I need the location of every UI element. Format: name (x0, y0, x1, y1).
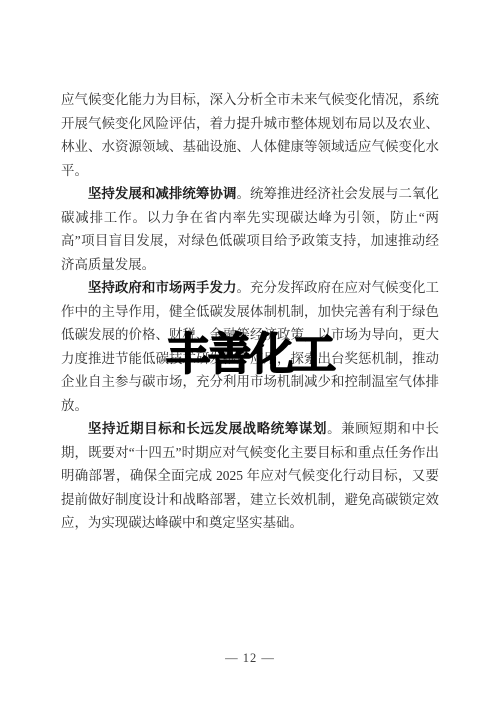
paragraph: 坚持近期目标和长远发展战略统筹谋划。兼顾短期和中长期，既要对“十四五”时期应对气… (61, 417, 439, 535)
document-page: 应气候变化能力为目标，深入分析全市未来气候变化情况，系统开展气候变化风险评估，着… (0, 0, 500, 707)
paragraph-lead: 坚持近期目标和长远发展战略统筹谋划 (88, 421, 327, 436)
paragraph: 应气候变化能力为目标，深入分析全市未来气候变化情况，系统开展气候变化风险评估，着… (61, 88, 439, 182)
page-number: — 12 — (0, 651, 500, 666)
paragraph-body: 应气候变化能力为目标，深入分析全市未来气候变化情况，系统开展气候变化风险评估，着… (61, 92, 439, 178)
paragraph: 坚持发展和减排统筹协调。统筹推进经济社会发展与二氧化碳减排工作。以力争在省内率先… (61, 182, 439, 276)
text-content: 应气候变化能力为目标，深入分析全市未来气候变化情况，系统开展气候变化风险评估，着… (61, 88, 439, 535)
watermark-overlay: 丰善化工 (166, 331, 334, 378)
paragraph-lead: 坚持政府和市场两手发力 (88, 280, 237, 295)
paragraph-lead: 坚持发展和减排统筹协调 (88, 186, 237, 201)
paragraph-body: 。兼顾短期和中长期，既要对“十四五”时期应对气候变化主要目标和重点任务作出明确部… (61, 421, 439, 530)
